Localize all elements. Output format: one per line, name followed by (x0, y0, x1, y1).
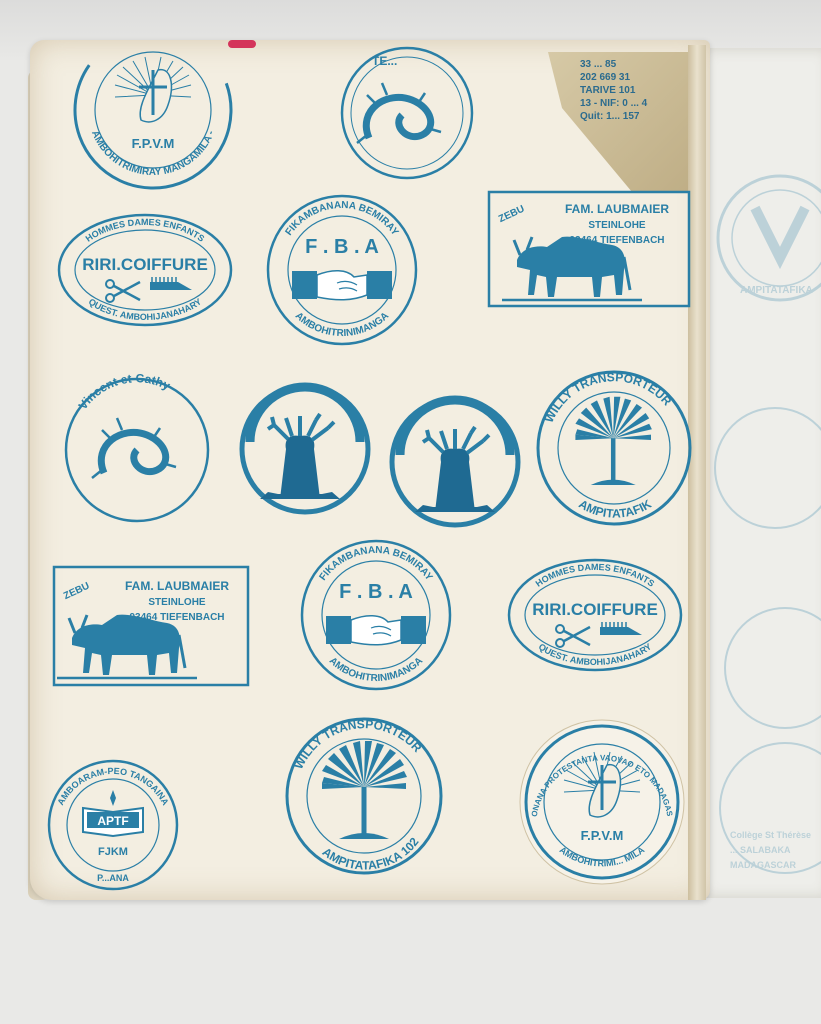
torn-line: 13 - NIF: 0 ... 4 (580, 97, 647, 110)
ghost-stamps: AMPITATAFIKA Collège St Thérèse ... SALA… (695, 48, 821, 898)
zebu-top-line2: STEINLOHE (588, 220, 646, 231)
stamp-zebu-left: ZEBU FAM. LAUBMAIER STEINLOHE 93464 TIEF… (52, 565, 250, 687)
salamander-top-text: TE... (372, 54, 397, 68)
stamp-fpvm-top: F.P.V.M AMBOHITRIMIRAY MANGAMILA - (68, 40, 238, 190)
stamp-fba-mid: FIKAMBANANA BEMIRAY F . B . A AMBOHITRIN… (296, 540, 456, 690)
zebu-top-line1: FAM. LAUBMAIER (565, 202, 669, 216)
fpvm-bottom-center: F.P.V.M (581, 828, 624, 843)
stamp-baobab-2 (388, 395, 523, 530)
torn-line: 33 ... 85 (580, 58, 647, 71)
riri-right-center: RIRI.COIFFURE (532, 600, 658, 619)
ghost-text-1: AMPITATAFIKA (740, 285, 813, 296)
stamp-riri-right: HOMMES DAMES ENFANTS RIRI.COIFFURE QUEST… (505, 555, 685, 675)
zebu-top-corner: ZEBU (497, 204, 526, 225)
stamp-fba-top: FIKAMBANANA BEMIRAY F . B . A AMBOHITRIN… (262, 195, 422, 345)
zebu-left-corner: ZEBU (62, 581, 91, 602)
torn-line: TARIVE 101 (580, 84, 647, 97)
ghost-text-4: MADAGASCAR (730, 860, 796, 870)
stamp-salamander-top: TE... (332, 45, 482, 180)
vincent-text: Vincent et Cathy (76, 371, 173, 412)
stamp-willy-right: WILLY TRANSPORTEUR AMPITATAFIK (534, 368, 694, 528)
zebu-left-line2: STEINLOHE (148, 597, 206, 608)
fba-mid-center: F . B . A (339, 581, 413, 603)
fba-mid-top: FIKAMBANANA BEMIRAY (318, 545, 435, 583)
right-page: AMPITATAFIKA Collège St Thérèse ... SALA… (695, 48, 821, 898)
aptf-center: APTF (97, 814, 128, 828)
fba-top-top: FIKAMBANANA BEMIRAY (284, 200, 401, 238)
torn-line: 202 669 31 (580, 71, 647, 84)
ghost-text-2: Collège St Thérèse (730, 830, 811, 840)
torn-label-text: 33 ... 85 202 669 31 TARIVE 101 13 - NIF… (580, 58, 647, 123)
fpvm-top-center: F.P.V.M (132, 136, 175, 151)
stamp-riri-left: HOMMES DAMES ENFANTS RIRI.COIFFURE QUEST… (55, 210, 235, 330)
zebu-left-line1: FAM. LAUBMAIER (125, 579, 229, 593)
stamp-baobab-1 (238, 382, 373, 517)
aptf-bottom: P...ANA (97, 873, 129, 883)
fba-top-center: F . B . A (305, 236, 379, 258)
stamp-zebu-top: ZEBU FAM. LAUBMAIER STEINLOHE 93464 TIEF… (487, 190, 692, 310)
torn-line: Quit: 1... 157 (580, 110, 647, 123)
riri-left-center: RIRI.COIFFURE (82, 255, 208, 274)
stamp-aptf: AMBOARAM-PEO TANGAINA APTF FJKM P...ANA (45, 755, 185, 895)
ghost-text-3: ... SALABAKA (730, 845, 791, 855)
stamp-willy-bottom: WILLY TRANSPORTEUR AMPITATAFIKA 102 (283, 715, 445, 877)
aptf-sub: FJKM (98, 846, 128, 858)
stamp-vincent-cathy: Vincent et Cathy (62, 375, 212, 525)
stamp-fpvm-bottom: FIANGONANA PROTESTANTA VAOVAO ETO MADAGA… (515, 715, 690, 890)
